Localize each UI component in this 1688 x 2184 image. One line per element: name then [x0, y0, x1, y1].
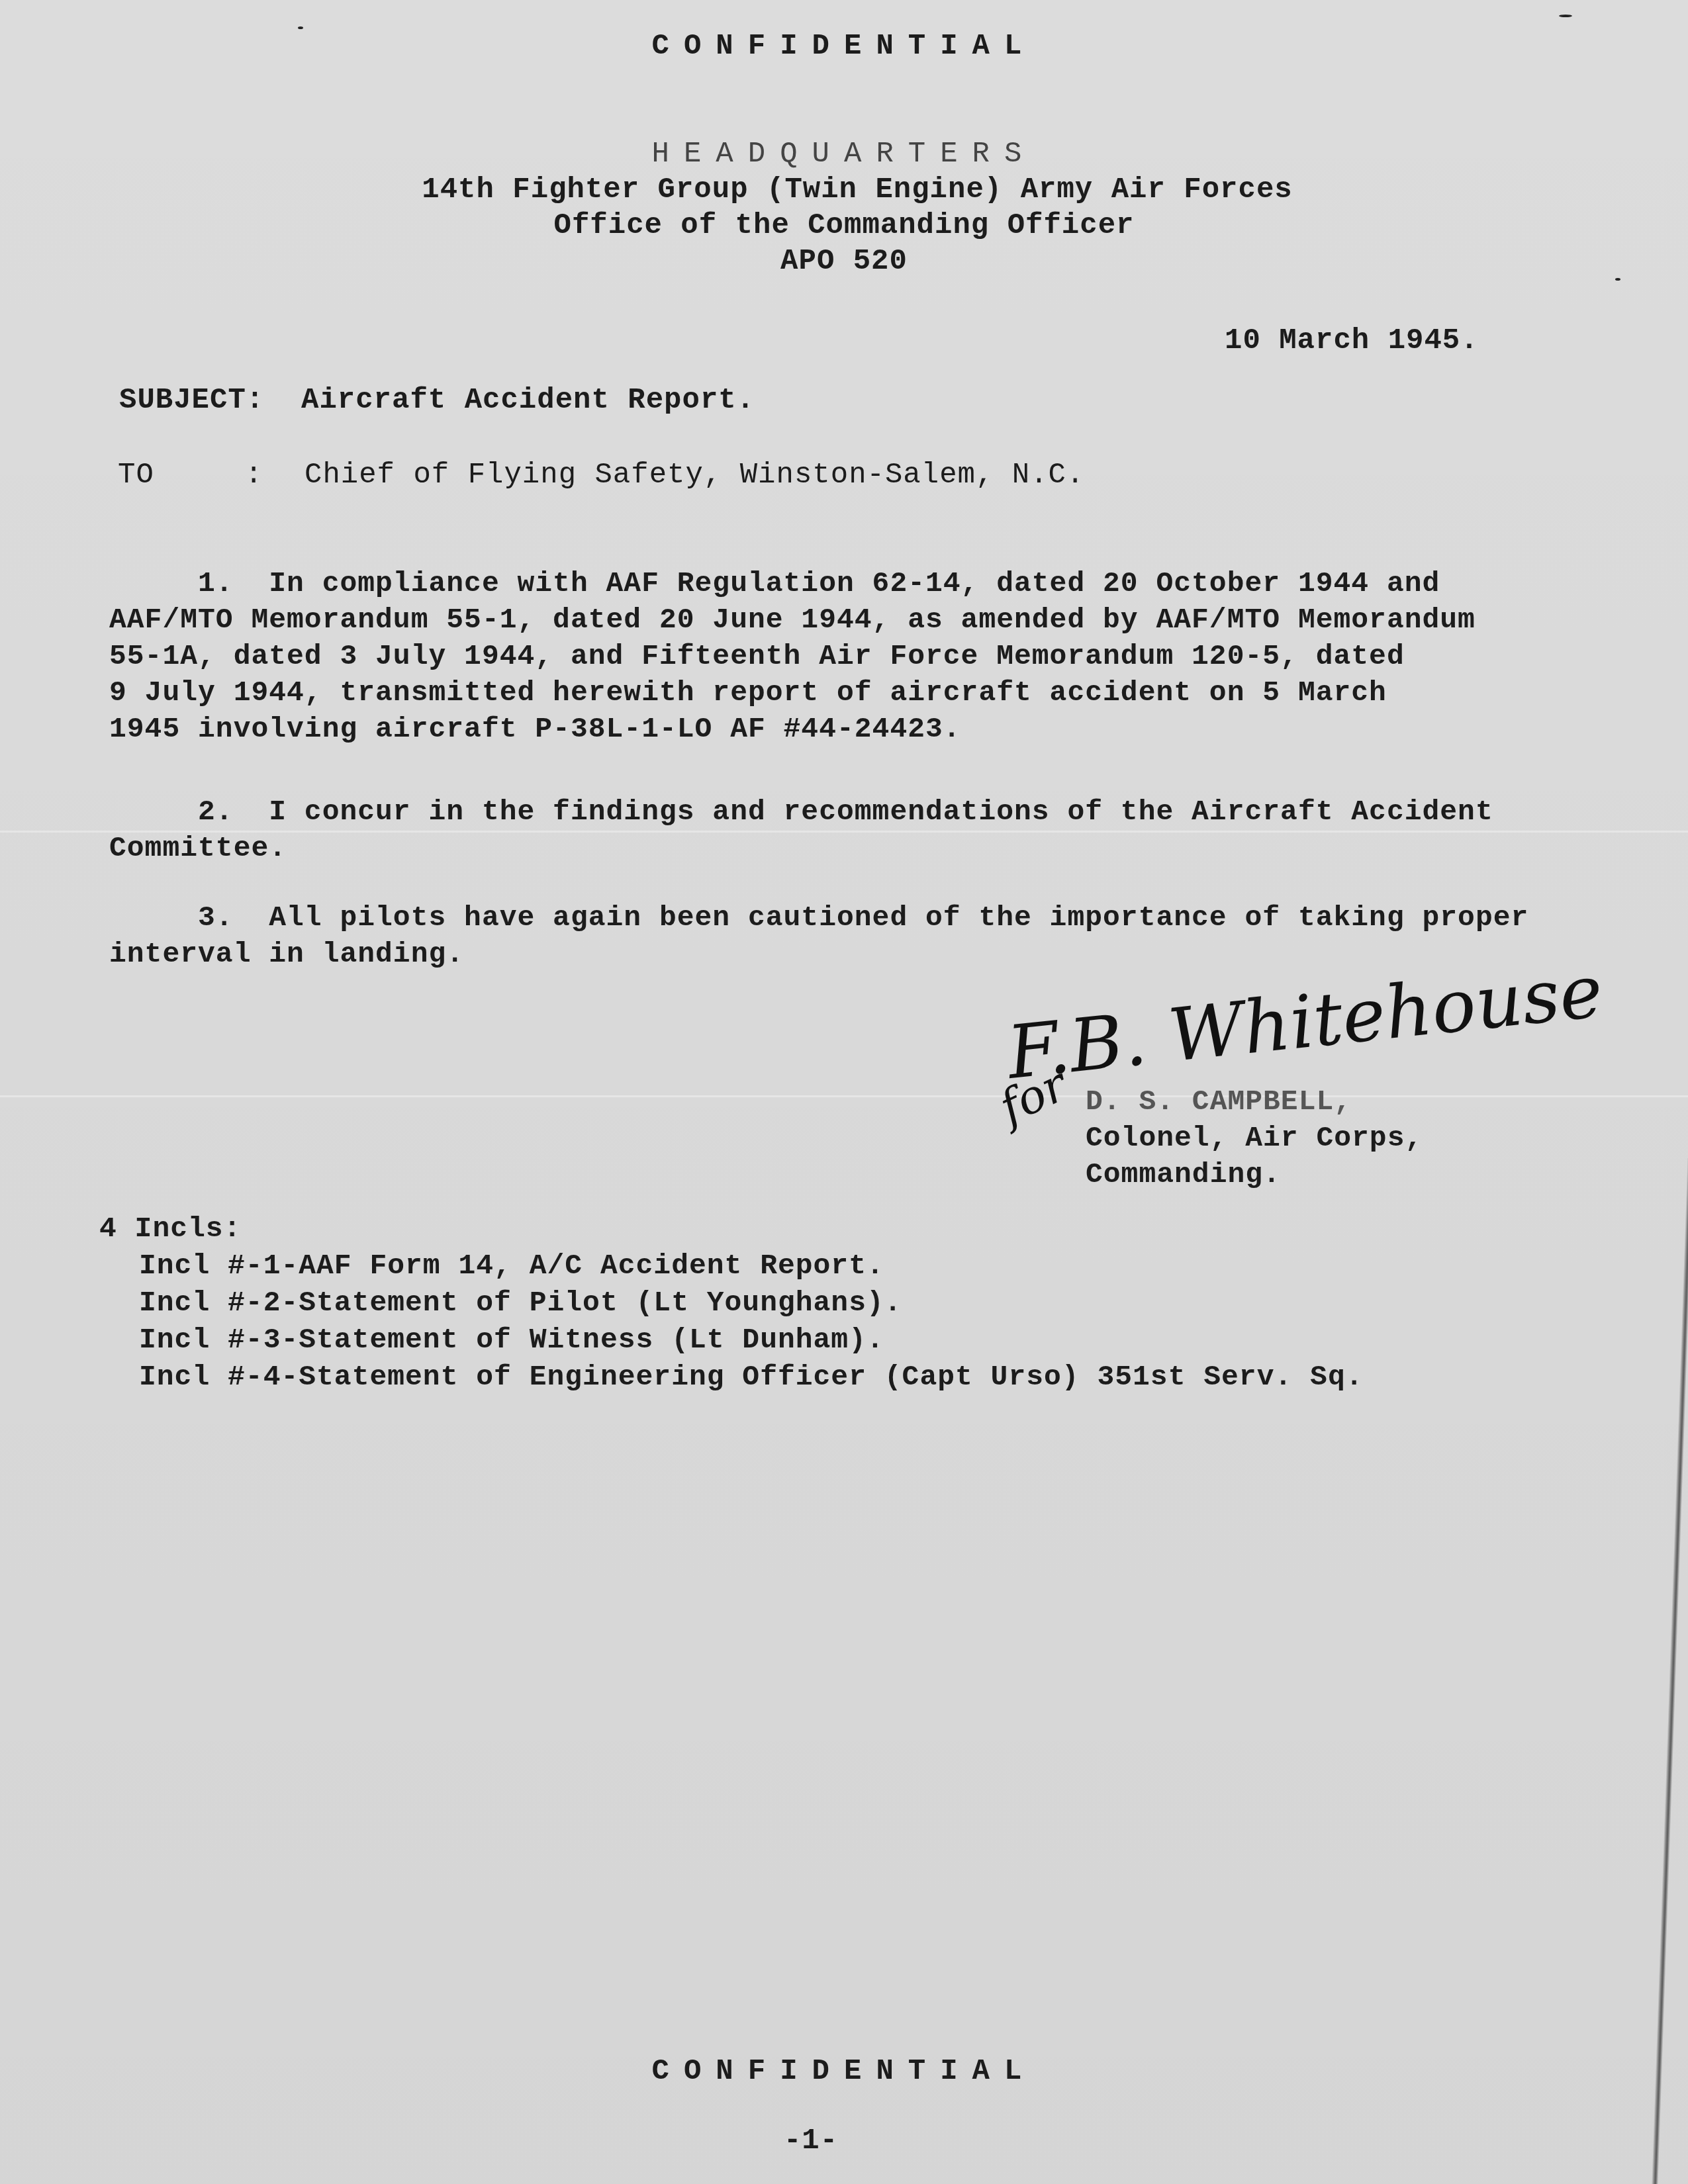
paragraph-1-line: 1945 involving aircraft P-38L-1-LO AF #4… — [109, 711, 961, 747]
signatory-role: Commanding. — [1086, 1158, 1281, 1191]
page-number: -1- — [0, 2124, 1688, 2158]
page-edge-shadow — [1652, 1158, 1688, 2184]
signatory-rank: Colonel, Air Corps, — [1086, 1122, 1423, 1154]
paragraph-1-line: 9 July 1944, transmitted herewith report… — [109, 675, 1387, 710]
subject-value: Aircraft Accident Report. — [301, 384, 755, 417]
to-separator: : — [245, 459, 263, 492]
classification-top: CONFIDENTIAL — [0, 30, 1688, 63]
paragraph-1-line: 1. In compliance with AAF Regulation 62-… — [109, 566, 1440, 601]
ink-speck — [1615, 278, 1620, 281]
to-label: TO — [118, 459, 154, 492]
paragraph-3-line: 3. All pilots have again been cautioned … — [109, 900, 1528, 935]
fold-crease — [0, 1095, 1688, 1097]
inclosure-item: Incl #-2-Statement of Pilot (Lt Younghan… — [139, 1285, 902, 1320]
paragraph-2-line: Committee. — [109, 831, 287, 866]
paragraph-3-line: interval in landing. — [109, 936, 464, 972]
to-value: Chief of Flying Safety, Winston-Salem, N… — [305, 459, 1084, 492]
letterhead-office: Office of the Commanding Officer — [0, 209, 1688, 242]
paragraph-1-line: 55-1A, dated 3 July 1944, and Fifteenth … — [109, 639, 1405, 674]
inclosure-item: Incl #-1-AAF Form 14, A/C Accident Repor… — [139, 1248, 884, 1283]
inclosures-header: 4 Incls: — [99, 1211, 241, 1246]
subject-label: SUBJECT: — [119, 384, 264, 417]
ink-speck — [298, 26, 303, 29]
letterhead-headquarters: HEADQUARTERS — [0, 138, 1688, 171]
classification-bottom: CONFIDENTIAL — [0, 2055, 1688, 2088]
document-page: CONFIDENTIAL HEADQUARTERS 14th Fighter G… — [0, 0, 1688, 2184]
letterhead-apo: APO 520 — [0, 245, 1688, 278]
letterhead-unit: 14th Fighter Group (Twin Engine) Army Ai… — [26, 173, 1688, 206]
paragraph-2-line: 2. I concur in the findings and recommen… — [109, 794, 1493, 829]
handwritten-signature: F.B. Whitehouse — [1004, 948, 1607, 1095]
document-date: 10 March 1945. — [1225, 324, 1479, 357]
paragraph-1-line: AAF/MTO Memorandum 55-1, dated 20 June 1… — [109, 602, 1476, 637]
inclosure-item: Incl #-3-Statement of Witness (Lt Dunham… — [139, 1322, 884, 1357]
inclosure-item: Incl #-4-Statement of Engineering Office… — [139, 1359, 1364, 1394]
ink-speck — [1559, 15, 1572, 17]
signatory-name: D. S. CAMPBELL, — [1086, 1085, 1352, 1118]
